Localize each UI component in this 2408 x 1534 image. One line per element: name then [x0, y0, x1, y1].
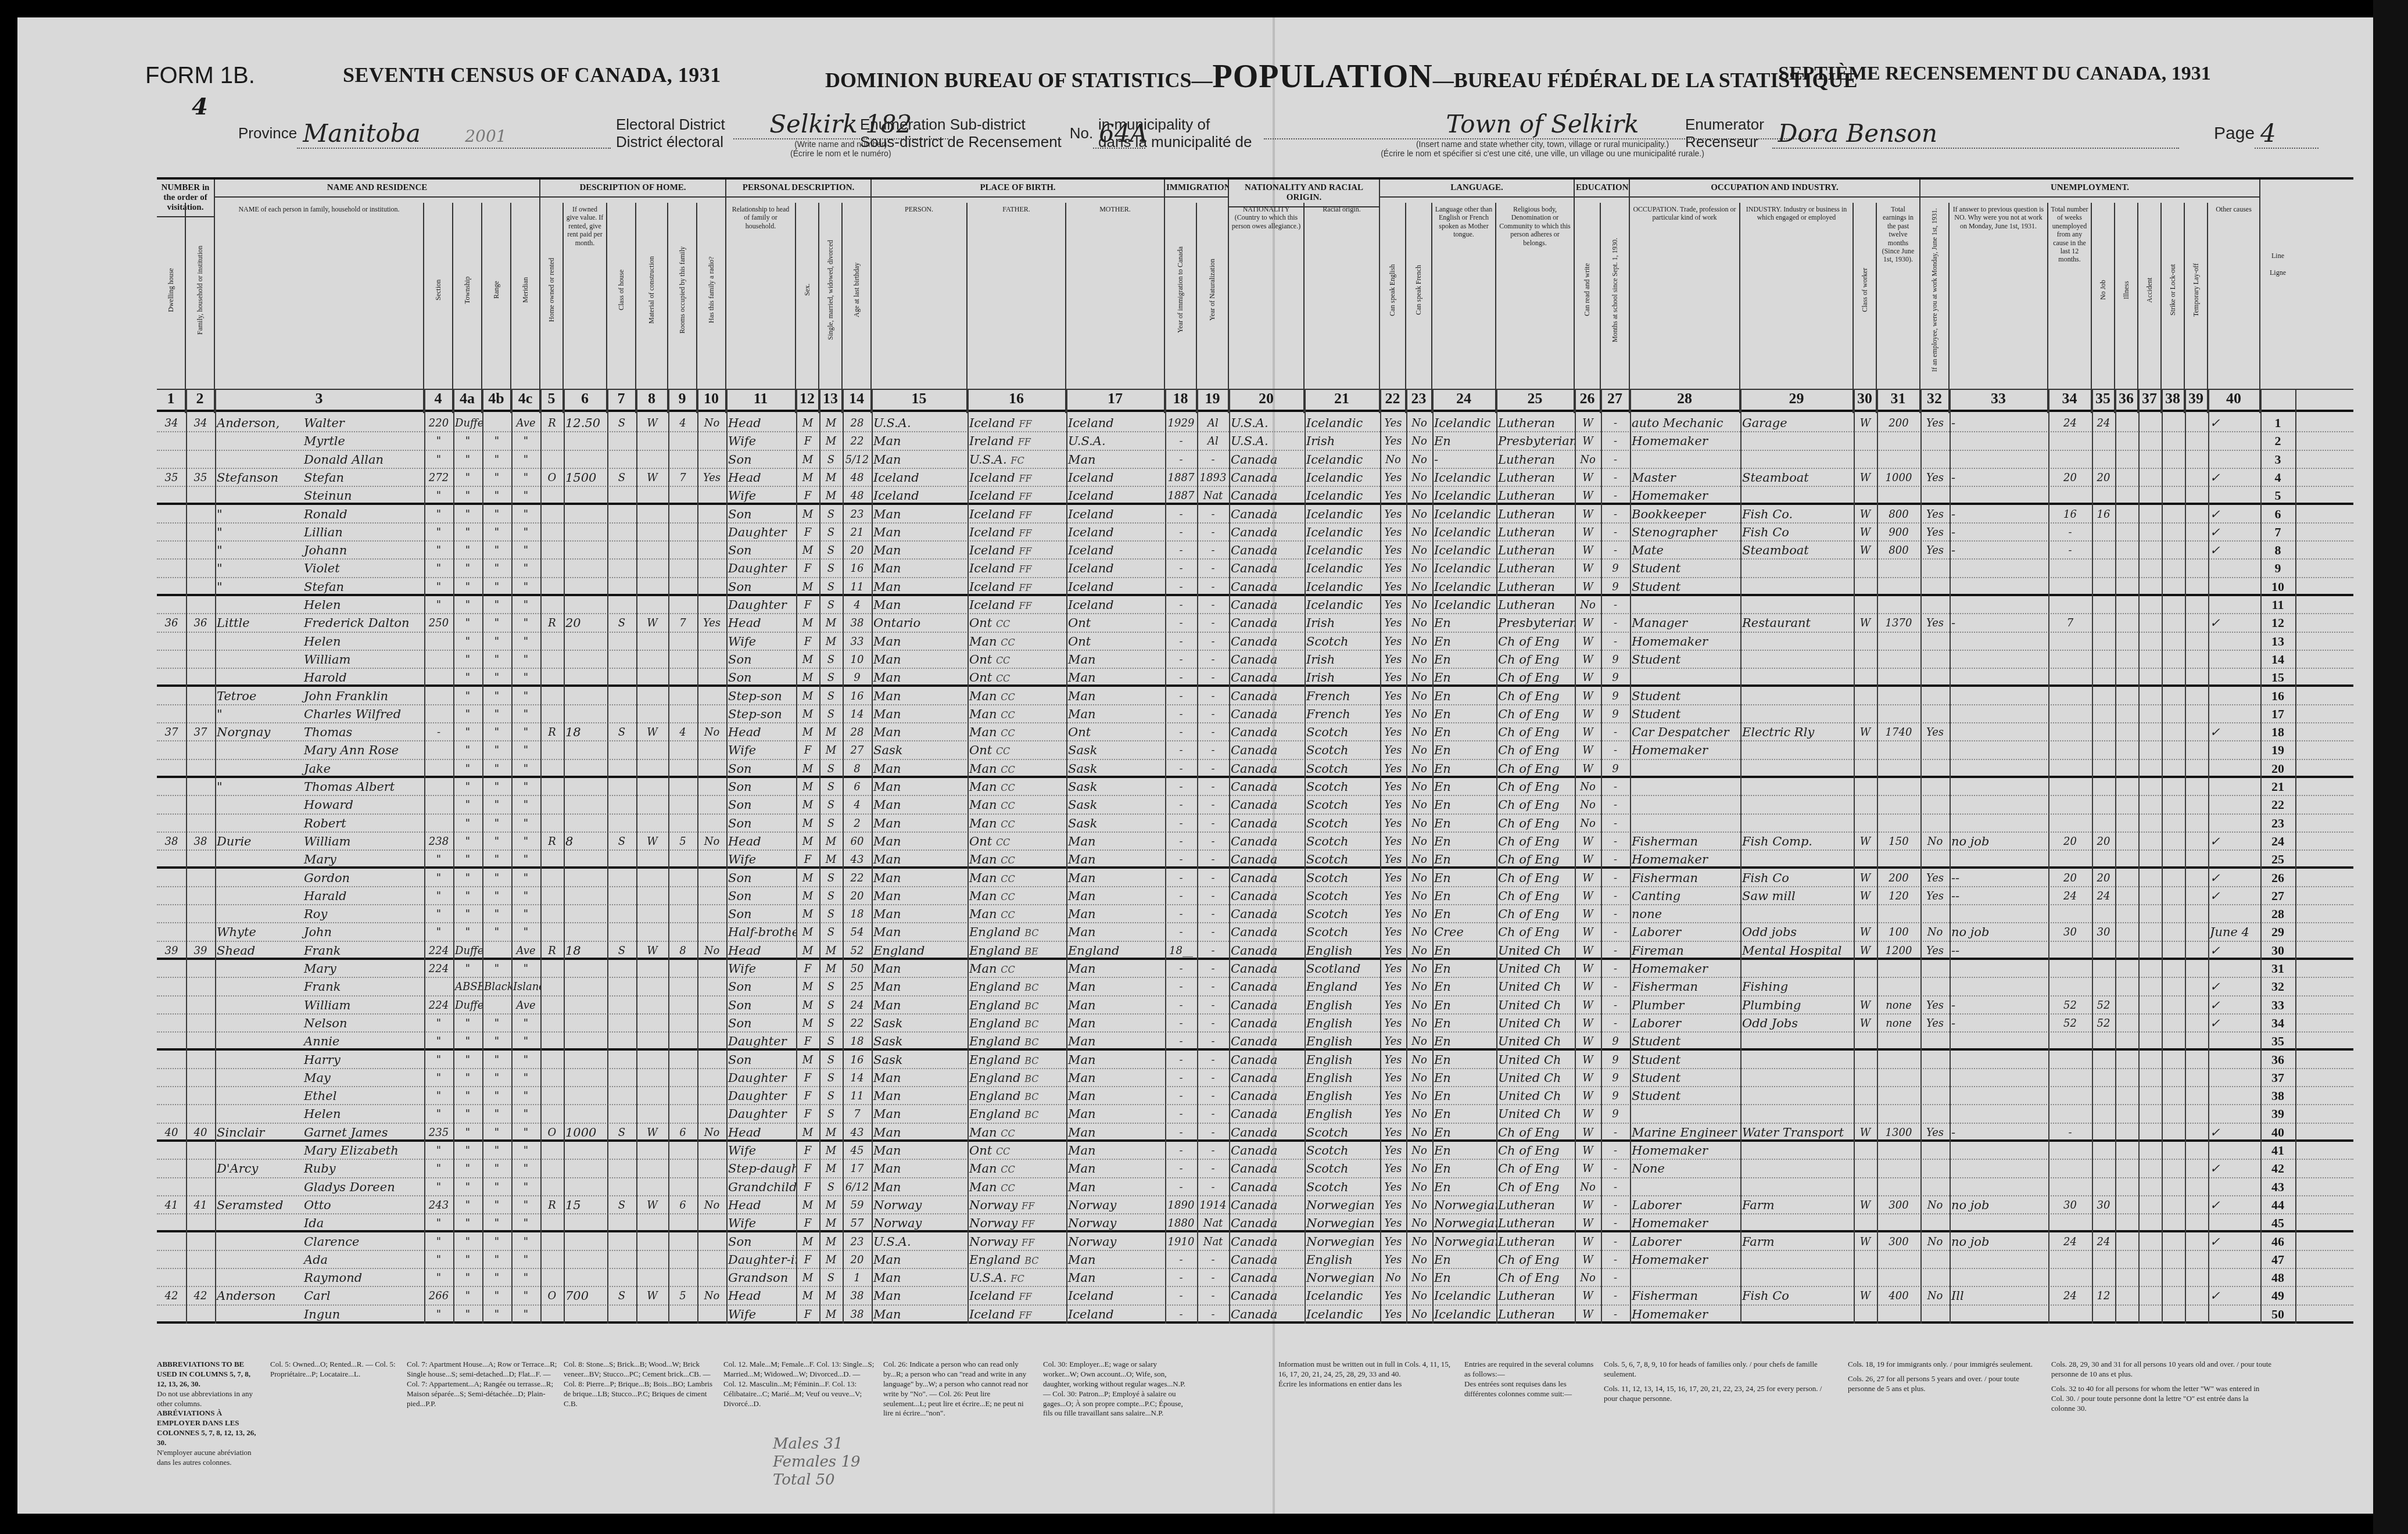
racial-origin: Scotch [1305, 633, 1380, 650]
class-of-worker [1854, 815, 1877, 831]
industry [1740, 1051, 1854, 1068]
birthplace-father: Iceland FF [967, 578, 1066, 594]
months-school: - [1601, 1251, 1630, 1268]
birthplace-father: Man CC [967, 687, 1066, 704]
weeks-no-job: 52 [2092, 997, 2115, 1013]
owned-rented [540, 869, 564, 886]
given-name: Gladys Doreen [304, 1180, 395, 1194]
racial-origin: Scotch [1305, 923, 1380, 940]
surname: Stefanson [217, 469, 304, 486]
class-of-house [607, 506, 636, 522]
at-work-june-1 [1920, 451, 1950, 468]
religion: Lutheran [1496, 560, 1575, 576]
marital-status: M [819, 1214, 843, 1230]
birthplace-father: Iceland FF [967, 560, 1066, 576]
dwelling-number [157, 978, 186, 995]
earnings [1877, 687, 1920, 704]
other-causes [2208, 1269, 2260, 1286]
speaks-english: Yes [1380, 1142, 1406, 1159]
value-rent [564, 560, 607, 576]
at-work-june-1 [1920, 432, 1950, 449]
rooms [668, 851, 697, 866]
owned-rented [540, 633, 564, 650]
naturalization-year: - [1197, 905, 1229, 922]
birthplace-father: Ont CC [967, 669, 1066, 684]
family-number [186, 651, 215, 668]
nationality: Canada [1229, 1069, 1305, 1086]
mother-tongue: En [1432, 1251, 1496, 1268]
township-street: Dufferin [453, 942, 482, 958]
months-school: - [1601, 524, 1630, 540]
other-causes [2208, 596, 2260, 613]
material [636, 560, 668, 576]
months-school: - [1601, 796, 1630, 813]
parent-code: FF [1019, 1310, 1031, 1321]
column-label-1: Dwelling house [157, 203, 186, 389]
mother-tongue: Icelandic [1432, 542, 1496, 558]
class-of-house [607, 1142, 636, 1159]
naturalization-year: - [1197, 1251, 1229, 1268]
birthplace-father: Man CC [967, 633, 1066, 650]
age: 2 [843, 815, 872, 831]
owned-rented [540, 1087, 564, 1104]
religion: Ch of Eng [1496, 669, 1575, 684]
family-number [186, 487, 215, 503]
nationality: Canada [1229, 1233, 1305, 1250]
subdistrict-label-en: Enumeration Sub-district [860, 116, 1062, 134]
section-street-number: " [424, 432, 453, 449]
material [636, 960, 668, 977]
birthplace-mother: Man [1066, 705, 1165, 722]
column-number: 22 [1380, 390, 1406, 413]
range: " [482, 1233, 511, 1250]
marital-status: S [819, 524, 843, 540]
township-street: " [453, 687, 482, 704]
speaks-french: No [1406, 1160, 1432, 1177]
class-of-worker [1854, 1160, 1877, 1177]
dwelling-number [157, 1142, 186, 1159]
class-of-worker [1854, 633, 1877, 650]
birthplace-person: Man [872, 542, 967, 558]
industry [1740, 851, 1854, 866]
marital-status: S [819, 1069, 843, 1086]
earnings [1877, 1214, 1920, 1230]
nationality: Canada [1229, 778, 1305, 795]
weeks-no-job: 52 [2092, 1015, 2115, 1031]
column-label-13: Single, married, widowed, divorced [819, 203, 843, 389]
material [636, 1087, 668, 1104]
birthplace-father: Iceland FF [967, 506, 1066, 522]
parent-code: CC [1001, 855, 1015, 866]
family-number [186, 1069, 215, 1086]
birthplace-father: Man CC [967, 723, 1066, 740]
father-birthplace: England [969, 925, 1021, 939]
column-divider [424, 389, 425, 1324]
class-of-house [607, 1251, 636, 1268]
line-number: 28 [2263, 906, 2292, 922]
earnings [1877, 778, 1920, 795]
immigration-year: - [1165, 1287, 1197, 1304]
reason-not-working [1950, 1087, 2048, 1104]
rooms: 8 [668, 942, 697, 958]
relationship: Son [726, 887, 796, 904]
column-number: 4a [453, 390, 482, 413]
parent-code: FF [1019, 582, 1031, 593]
family-number [186, 1087, 215, 1104]
township-street: " [453, 887, 482, 904]
meridian: " [511, 1214, 540, 1230]
sex: M [796, 997, 819, 1013]
tally-females: Females 19 [773, 1453, 861, 1471]
immigration-year: - [1165, 524, 1197, 540]
weeks-unemployed [2048, 578, 2092, 594]
weeks-no-job [2092, 978, 2115, 995]
owned-rented [540, 560, 564, 576]
province-field: Province Manitoba 2001 [238, 110, 611, 157]
given-name: Frank [304, 980, 341, 994]
given-name: May [304, 1071, 331, 1085]
material [636, 1306, 668, 1321]
birthplace-person: Ontario [872, 614, 967, 631]
township-street: " [453, 596, 482, 613]
at-work-june-1 [1920, 560, 1950, 576]
range: " [482, 1214, 511, 1230]
birthplace-person: England [872, 942, 967, 958]
surname: " [217, 542, 304, 558]
at-work-june-1: Yes [1920, 469, 1950, 486]
birthplace-mother: Man [1066, 1033, 1165, 1048]
industry [1740, 1087, 1854, 1104]
radio [697, 778, 726, 795]
father-birthplace: Man [969, 762, 997, 776]
months-school: - [1601, 815, 1630, 831]
meridian: " [511, 432, 540, 449]
person-name: Mary Ann Rose [215, 741, 424, 758]
mother-tongue: Icelandic [1432, 596, 1496, 613]
range: " [482, 1087, 511, 1104]
relationship: Step-daughter [726, 1160, 796, 1177]
parent-code: CC [1001, 800, 1015, 811]
father-birthplace: Ont [969, 671, 992, 684]
rooms [668, 578, 697, 594]
earnings [1877, 1306, 1920, 1321]
marital-status: M [819, 633, 843, 650]
abbrev-title-en: ABBREVIATIONS TO BE USED IN COLUMNS 5, 7… [157, 1360, 250, 1388]
material [636, 596, 668, 613]
earnings: 900 [1877, 524, 1920, 540]
birthplace-father: Norway FF [967, 1214, 1066, 1230]
class-of-worker [1854, 1069, 1877, 1086]
class-of-worker: W [1854, 542, 1877, 558]
reason-not-working [1950, 1051, 2048, 1068]
age: 20 [843, 887, 872, 904]
rooms [668, 1178, 697, 1195]
nationality: Canada [1229, 997, 1305, 1013]
earnings [1877, 669, 1920, 684]
tally-notes: Males 31 Females 19 Total 50 [773, 1435, 861, 1490]
read-write: W [1575, 978, 1601, 995]
nationality: Canada [1229, 1015, 1305, 1031]
speaks-french: No [1406, 905, 1432, 922]
family-number [186, 1051, 215, 1068]
birthplace-mother: Sask [1066, 796, 1165, 813]
person-name: Gordon [215, 869, 424, 886]
material [636, 1033, 668, 1048]
value-rent [564, 760, 607, 776]
surname: Shead [217, 942, 304, 958]
birthplace-mother: Iceland [1066, 578, 1165, 594]
class-of-house [607, 760, 636, 776]
owned-rented [540, 1269, 564, 1286]
range: " [482, 669, 511, 684]
religion: Ch of Eng [1496, 1142, 1575, 1159]
person-name: Annie [215, 1033, 424, 1048]
occupation: Homemaker [1630, 851, 1740, 866]
meridian: " [511, 1233, 540, 1250]
page-number-field: Page 4 [2214, 110, 2319, 157]
family-number [186, 560, 215, 576]
other-causes [2208, 778, 2260, 795]
immigration-year: - [1165, 815, 1197, 831]
at-work-june-1 [1920, 1269, 1950, 1286]
read-write: W [1575, 1105, 1601, 1122]
speaks-french: No [1406, 1015, 1432, 1031]
naturalization-year: - [1197, 997, 1229, 1013]
column-divider [2208, 389, 2209, 1324]
occupation: Homemaker [1630, 633, 1740, 650]
person-name: TetroeJohn Franklin [215, 687, 424, 704]
census-row: Harold"""SonMS9ManMan--CanadaIrishYesNoE… [157, 669, 2353, 687]
column-label-36: Illness [2115, 203, 2138, 389]
value-rent [564, 669, 607, 684]
meridian: " [511, 1033, 540, 1048]
dwelling-number [157, 506, 186, 522]
nationality: Canada [1229, 905, 1305, 922]
line-number: 47 [2263, 1252, 2292, 1267]
person-name: SheadFrank [215, 942, 424, 958]
occupation: Canting [1630, 887, 1740, 904]
township-street: ABSENT [453, 978, 482, 995]
class-of-house [607, 960, 636, 977]
nationality: Canada [1229, 978, 1305, 995]
mother-tongue: Icelandic [1432, 1287, 1496, 1304]
nationality: Canada [1229, 1287, 1305, 1304]
sex: F [796, 1105, 819, 1122]
racial-origin: Scotch [1305, 723, 1380, 740]
person-name: DurieWilliam [215, 833, 424, 850]
read-write: W [1575, 997, 1601, 1013]
material [636, 1269, 668, 1286]
birthplace-person: Man [872, 887, 967, 904]
range: " [482, 1142, 511, 1159]
meridian: " [511, 669, 540, 684]
parent-code: CC [996, 837, 1010, 848]
speaks-english: Yes [1380, 705, 1406, 722]
racial-origin: Icelandic [1305, 487, 1380, 503]
column-divider [1380, 389, 1381, 1324]
other-causes [2208, 669, 2260, 684]
column-label-30: Class of worker [1854, 203, 1877, 389]
given-name: Charles Wilfred [304, 707, 401, 721]
census-row: Ingun""""WifeFM38ManIceland--CanadaIcela… [157, 1306, 2353, 1324]
given-name: Lillian [304, 525, 343, 539]
dwelling-number: 38 [157, 833, 186, 850]
racial-origin: Scotch [1305, 887, 1380, 904]
dwelling-number [157, 451, 186, 468]
column-label-17: MOTHER. [1066, 203, 1165, 389]
owned-rented [540, 1178, 564, 1195]
father-birthplace: Man [969, 871, 997, 885]
relationship: Son [726, 760, 796, 776]
age: 18 [843, 1033, 872, 1048]
speaks-english: Yes [1380, 778, 1406, 795]
range: " [482, 1015, 511, 1031]
immigration-year: - [1165, 705, 1197, 722]
birthplace-mother: Man [1066, 978, 1165, 995]
rooms [668, 905, 697, 922]
birthplace-person: Iceland [872, 469, 967, 486]
radio [697, 633, 726, 650]
speaks-french: No [1406, 651, 1432, 668]
other-causes: June 4 [2208, 923, 2260, 940]
column-divider [2185, 389, 2186, 1324]
birthplace-mother: Man [1066, 651, 1165, 668]
speaks-french: No [1406, 1087, 1432, 1104]
given-name: Ronald [304, 507, 347, 521]
racial-origin: Icelandic [1305, 542, 1380, 558]
other-causes [2208, 1142, 2260, 1159]
racial-origin: Icelandic [1305, 469, 1380, 486]
age: 21 [843, 524, 872, 540]
industry: Fish Co [1740, 869, 1854, 886]
marital-status: S [819, 669, 843, 684]
section-street-number [424, 687, 453, 704]
rooms [668, 887, 697, 904]
sex: F [796, 1251, 819, 1268]
page-label: Page [2214, 124, 2255, 144]
weeks-unemployed: 30 [2048, 1196, 2092, 1213]
occupation [1630, 669, 1740, 684]
speaks-english: Yes [1380, 1105, 1406, 1122]
family-number: 34 [186, 414, 215, 431]
range: " [482, 432, 511, 449]
family-number [186, 978, 215, 995]
nationality: Canada [1229, 596, 1305, 613]
age: 5/12 [843, 451, 872, 468]
relationship: Son [726, 905, 796, 922]
line-number: 48 [2263, 1270, 2292, 1285]
occupation: Homemaker [1630, 1142, 1740, 1159]
radio [697, 1105, 726, 1122]
column-label-14: Age at last birthday [843, 203, 872, 389]
industry [1740, 451, 1854, 468]
industry: Odd jobs [1740, 923, 1854, 940]
industry [1740, 596, 1854, 613]
birthplace-person: Sask [872, 1015, 967, 1031]
given-name: Mary Ann Rose [304, 743, 399, 757]
column-number: 12 [796, 390, 819, 413]
read-write: W [1575, 578, 1601, 594]
relationship: Grandchild [726, 1178, 796, 1195]
at-work-june-1 [1920, 578, 1950, 594]
reason-not-working: - [1950, 1124, 2048, 1139]
birthplace-person: Man [872, 923, 967, 940]
range [482, 997, 511, 1013]
birthplace-mother: Man [1066, 1251, 1165, 1268]
religion: Lutheran [1496, 469, 1575, 486]
range: " [482, 1051, 511, 1068]
owned-rented [540, 705, 564, 722]
reason-not-working [1950, 1105, 2048, 1122]
meridian: " [511, 1178, 540, 1195]
read-write: W [1575, 723, 1601, 740]
dwelling-number [157, 905, 186, 922]
reason-not-working [1950, 815, 2048, 831]
industry [1740, 560, 1854, 576]
given-name: Stefan [304, 471, 344, 485]
at-work-june-1: Yes [1920, 997, 1950, 1013]
sex: M [796, 815, 819, 831]
column-divider [1165, 389, 1166, 1324]
marital-status: S [819, 1015, 843, 1031]
naturalization-year: - [1197, 542, 1229, 558]
at-work-june-1 [1920, 669, 1950, 684]
speaks-english: Yes [1380, 1087, 1406, 1104]
age: 33 [843, 633, 872, 650]
industry [1740, 1069, 1854, 1086]
material: W [636, 469, 668, 486]
religion: Ch of Eng [1496, 887, 1575, 904]
speaks-french: No [1406, 960, 1432, 977]
class-of-worker: W [1854, 414, 1877, 431]
reason-not-working: - [1950, 542, 2048, 558]
radio [697, 560, 726, 576]
nationality: Canada [1229, 741, 1305, 758]
range: " [482, 1306, 511, 1321]
column-divider [2162, 389, 2163, 1324]
class-of-worker [1854, 1178, 1877, 1195]
given-name: Johann [304, 543, 347, 557]
class-of-worker [1854, 560, 1877, 576]
weeks-unemployed: 30 [2048, 923, 2092, 940]
industry [1740, 1142, 1854, 1159]
religion: Ch of Eng [1496, 851, 1575, 866]
speaks-french: No [1406, 1178, 1432, 1195]
occupation [1630, 1178, 1740, 1195]
racial-origin: English [1305, 1087, 1380, 1104]
birthplace-person: Man [872, 669, 967, 684]
rooms [668, 506, 697, 522]
marital-status: S [819, 778, 843, 795]
township-street: " [453, 560, 482, 576]
range: " [482, 1287, 511, 1304]
person-name: "Charles Wilfred [215, 705, 424, 722]
father-birthplace: Iceland [969, 489, 1015, 503]
birthplace-mother: Man [1066, 1105, 1165, 1122]
rooms [668, 542, 697, 558]
racial-origin: French [1305, 687, 1380, 704]
weeks-unemployed [2048, 596, 2092, 613]
relationship: Daughter [726, 1033, 796, 1048]
other-causes [2208, 1178, 2260, 1195]
abbrev-col26: Col. 26: Indicate a person who can read … [883, 1360, 1034, 1418]
radio [697, 741, 726, 758]
meridian: " [511, 960, 540, 977]
religion: United Ch [1496, 1033, 1575, 1048]
other-causes [2208, 905, 2260, 922]
occupation: Student [1630, 1069, 1740, 1086]
parent-code: CC [1001, 1164, 1015, 1175]
